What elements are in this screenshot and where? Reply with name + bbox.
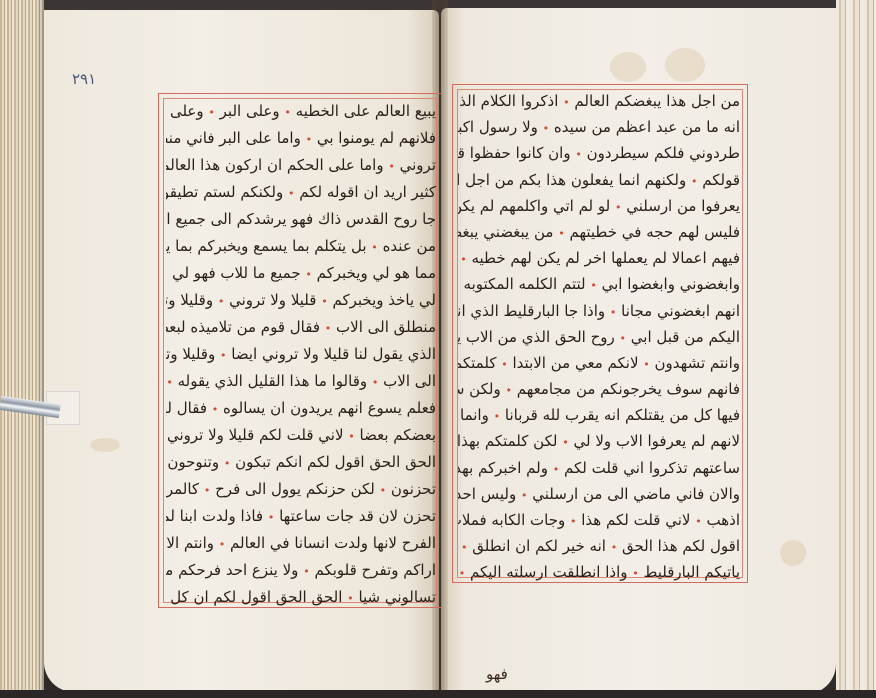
verse-marker: • xyxy=(505,384,512,397)
verse-marker: • xyxy=(380,484,387,497)
text-line: فانهم سوف يخرجونكم من مجامعهم • ولكن ستا… xyxy=(458,376,740,402)
text-line: الى الاب • وقالوا ما هذا القليل الذي يقو… xyxy=(166,368,436,395)
text-line: طردوني فلكم سيطردون • وان كانوا حفظوا قو… xyxy=(458,140,740,166)
verse-marker: • xyxy=(212,403,219,416)
verse-marker: • xyxy=(459,567,466,580)
text-line: فيهم اعمالا لم يعملها اخر لم يكن لهم خطي… xyxy=(458,245,740,271)
verse-marker: • xyxy=(691,175,698,188)
right-text-block: من اجل هذا يبغضكم العالم • اذكروا الكلام… xyxy=(458,88,740,586)
verse-marker: • xyxy=(306,133,313,146)
text-line: اليكم من قبل ابي • روح الحق الذي من الاب… xyxy=(458,324,740,350)
verse-marker: • xyxy=(348,430,355,443)
page-edges-left xyxy=(0,0,44,698)
verse-marker: • xyxy=(218,295,225,308)
text-line: تروني • واما على الحكم ان اركون هذا العا… xyxy=(166,152,436,179)
verse-marker: • xyxy=(268,511,275,524)
text-line: يعرفوا من ارسلني • لو لم اتي واكلمهم لم … xyxy=(458,193,740,219)
page-edges-right xyxy=(836,0,876,698)
text-line: فعلم يسوع انهم يريدون ان يسالوه • فقال ل… xyxy=(166,395,436,422)
verse-marker: • xyxy=(220,349,227,362)
stain xyxy=(90,438,120,452)
verse-marker: • xyxy=(219,538,226,551)
text-line: ياتيكم البارقليط • واذا انطلقت ارسلته ال… xyxy=(458,559,740,585)
verse-marker: • xyxy=(553,463,560,476)
verse-marker: • xyxy=(521,489,528,502)
verse-marker: • xyxy=(494,410,501,423)
stain xyxy=(780,540,806,566)
stain xyxy=(610,52,646,82)
text-line: اذهب • لاني قلت لكم هذا • وجات الكابه فم… xyxy=(458,507,740,533)
text-line: قولكم • ولكنهم انما يفعلون هذا بكم من اج… xyxy=(458,167,740,193)
text-line: اقول لكم هذا الحق • انه خير لكم ان انطلق… xyxy=(458,533,740,559)
text-line: والان فاني ماضي الى من ارسلني • وليس احد… xyxy=(458,481,740,507)
manuscript-photo: ٢٩١ يبيع العالم على الخطيه • وعلى البر •… xyxy=(0,0,876,698)
text-line: يبيع العالم على الخطيه • وعلى البر • وعل… xyxy=(166,98,436,125)
verse-marker: • xyxy=(208,106,215,119)
verse-marker: • xyxy=(501,358,508,371)
verse-marker: • xyxy=(632,567,639,580)
background-bottom xyxy=(0,690,876,698)
text-line: لي ياخذ ويخبركم • قليلا ولا تروني • وقلي… xyxy=(166,287,436,314)
verse-marker: • xyxy=(371,241,378,254)
verse-marker: • xyxy=(303,565,310,578)
verse-marker: • xyxy=(321,295,328,308)
text-line: فليس لهم حجه في خطيتهم • من يبغضني يبغض … xyxy=(458,219,740,245)
verse-marker: • xyxy=(695,515,702,528)
verse-marker: • xyxy=(372,376,379,389)
folio-number: ٢٩١ xyxy=(72,70,96,88)
verse-marker: • xyxy=(166,268,167,281)
verse-marker: • xyxy=(611,541,618,554)
text-line: انه ما من عبد اعظم من سيده • ولا رسول اك… xyxy=(458,114,740,140)
verse-marker: • xyxy=(166,376,173,389)
text-line: من اجل هذا يبغضكم العالم • اذكروا الكلام… xyxy=(458,88,740,114)
text-line: بعضكم بعضا • لاني قلت لكم قليلا ولا ترون… xyxy=(166,422,436,449)
text-line: مما هو لي ويخبركم • جميع ما للاب فهو لي … xyxy=(166,260,436,287)
verse-marker: • xyxy=(461,541,468,554)
verse-marker: • xyxy=(563,96,570,109)
left-text-block: يبيع العالم على الخطيه • وعلى البر • وعل… xyxy=(166,98,436,611)
text-line: ساعتهم تذكروا اني قلت لكم • ولم اخبركم ب… xyxy=(458,455,740,481)
text-line: تسالوني شيا • الحق الحق اقول لكم ان كل ش… xyxy=(166,584,436,611)
catchword: فهو xyxy=(486,665,508,683)
text-line: الحق الحق اقول لكم انكم تبكون • وتنوحون … xyxy=(166,449,436,476)
verse-marker: • xyxy=(558,227,565,240)
verse-marker: • xyxy=(460,253,467,266)
text-line: وانتم تشهدون • لانكم معي من الابتدا • كل… xyxy=(458,350,740,376)
text-line: كثير اريد ان اقوله لكم • ولكنكم لستم تطي… xyxy=(166,179,436,206)
text-line: لانهم لم يعرفوا الاب ولا لي • لكن كلمتكم… xyxy=(458,428,740,454)
verse-marker: • xyxy=(347,592,354,605)
verse-marker: • xyxy=(610,306,617,319)
verse-marker: • xyxy=(388,160,395,173)
verse-marker: • xyxy=(284,106,291,119)
verse-marker: • xyxy=(620,332,627,345)
verse-marker: • xyxy=(325,322,332,335)
text-line: الفرح لانها ولدت انسانا في العالم • وانت… xyxy=(166,530,436,557)
verse-marker: • xyxy=(590,279,597,292)
text-line: انهم ابغضوني مجانا • واذا جا البارقليط ا… xyxy=(458,298,740,324)
verse-marker: • xyxy=(288,187,295,200)
text-line: تحزن لان قد جات ساعتها • فاذا ولدت ابنا … xyxy=(166,503,436,530)
text-line: اراكم وتفرح قلوبكم • ولا ينزع احد فرحكم … xyxy=(166,557,436,584)
text-line: من عنده • بل يتكلم بما يسمع ويخبركم بما … xyxy=(166,233,436,260)
text-line: منطلق الى الاب • فقال قوم من تلاميذه لبع… xyxy=(166,314,436,341)
verse-marker: • xyxy=(570,515,577,528)
verse-marker: • xyxy=(643,358,650,371)
text-line: فلانهم لم يومنوا بي • واما على البر فاني… xyxy=(166,125,436,152)
text-line: فيها كل من يقتلكم انه يقرب لله قربانا • … xyxy=(458,402,740,428)
verse-marker: • xyxy=(615,201,622,214)
text-line: الذي يقول لنا قليلا ولا تروني ايضا • وقل… xyxy=(166,341,436,368)
stain xyxy=(665,48,705,82)
text-line: وابغضوني وابغضوا ابي • لتتم الكلمه المكت… xyxy=(458,271,740,297)
verse-marker: • xyxy=(562,436,569,449)
verse-marker: • xyxy=(305,268,312,281)
text-line: تحزنون • لكن حزنكم يوول الى فرح • كالمرا… xyxy=(166,476,436,503)
text-line: جا روح القدس ذاك فهو يرشدكم الى جميع الح… xyxy=(166,206,436,233)
verse-marker: • xyxy=(204,484,211,497)
verse-marker: • xyxy=(543,122,550,135)
verse-marker: • xyxy=(575,148,582,161)
verse-marker: • xyxy=(224,457,231,470)
